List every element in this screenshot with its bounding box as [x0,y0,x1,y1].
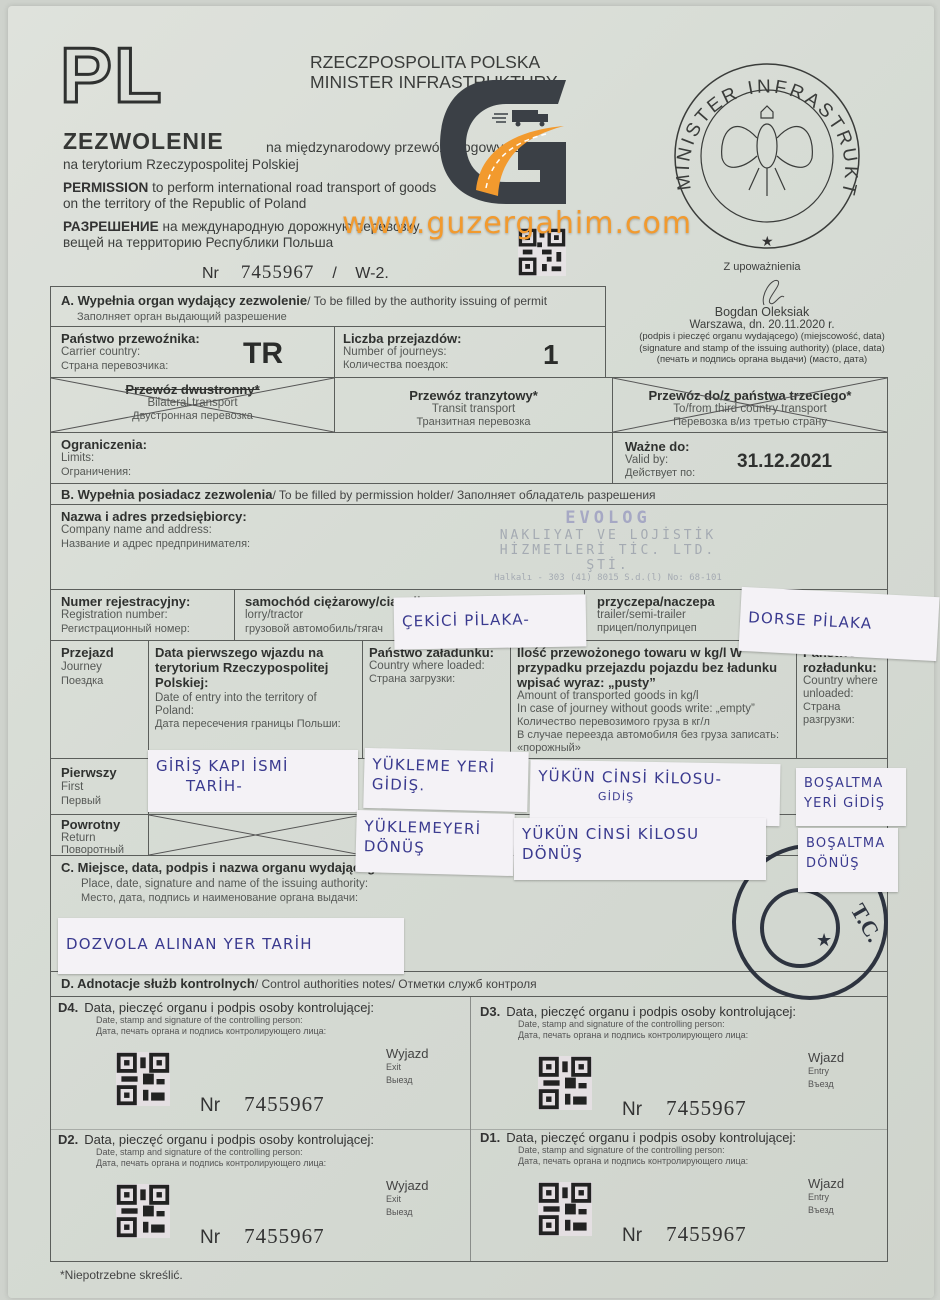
control-box-number: Nr7455967 [200,1224,325,1249]
permit-number: 7455967 [666,1222,747,1246]
direction-en: Exit [386,1061,429,1074]
col-goods-label: Ilość przewożonego towaru w kg/l W przyp… [517,645,790,690]
control-box-title-pl: Data, pieczęć organu i podpis osoby kont… [506,1130,796,1145]
transit-label: Przewóz tranzytowy* [335,388,612,403]
control-box-title: D4.Data, pieczęć organu i podpis osoby k… [58,1000,462,1015]
permit-number: 7455967 [244,1092,325,1116]
section-c-en: Place, date, signature and name of the i… [81,878,368,891]
qr-code-icon [538,1182,592,1236]
col-entry-date-en: Date of entry into the territory of Pola… [155,692,356,718]
control-box-id: D2. [58,1132,78,1147]
note-entry-gate-date: GİRİŞ KAPI İSMİ TARİH- [148,750,358,812]
caption-en: (signature and stamp of the issuing auth… [612,343,912,355]
control-box-ru: Дата, печать органа и подпись контролиру… [518,1156,884,1167]
direction-label: WjazdEntryВъезд [808,1176,844,1217]
nr-label: Nr [622,1099,642,1120]
direction-label: WyjazdExitВыезд [386,1178,429,1219]
row-first-label: Pierwszy First Первый [51,759,149,815]
registration-label-cell: Numer rejestracyjny: Registration number… [51,590,235,640]
col-journey-label: Przejazd [61,645,114,660]
qr-code-icon [116,1184,170,1238]
country-code: PL [60,36,164,114]
carrier-country-label: Państwo przewoźnika: [61,331,200,346]
watermark-url: www.guzergahim.com [342,206,692,241]
col-goods-en2: In case of journey without goods write: … [517,703,790,716]
journeys-label: Liczba przejazdów: [343,331,461,346]
col-journey: Przejazd Journey Поездка [51,641,149,759]
stamp-line-4: Halkalı - 303 (41) 8015 S.d.(l) No: 68-1… [478,573,738,583]
control-box-number: Nr7455967 [200,1092,325,1117]
control-box-en: Date, stamp and signature of the control… [518,1019,884,1030]
col-loaded-en: Country where loaded: [369,660,504,673]
nr-label: Nr [200,1227,220,1248]
control-box-ru: Дата, печать органа и подпись контролиру… [96,1158,462,1169]
transit-en: Transit transport [335,403,612,416]
direction-pl: Wjazd [808,1176,844,1191]
stamp-line-3: HİZMETLERİ TİC. LTD. ŞTİ. [478,543,738,573]
control-box-number: Nr7455967 [622,1222,747,1247]
control-box-title: D3.Data, pieczęć organu i podpis osoby k… [480,1004,884,1019]
note-unload-back-1: BOŞALTMA [806,834,890,854]
section-d-title: D. Adnotacje służb kontrolnych [61,976,255,991]
stamp-evolog: EVOLOG [478,508,738,528]
caption-pl: (podpis i pieczęć organu wydającego) (mi… [612,331,912,343]
note-cargo-return: YÜKÜN CİNSİ KİLOSU DÖNÜŞ [514,818,766,880]
minister-seal-icon: MINISTER INFRASTRUKTURY ★ [664,58,870,254]
note-unload-back-2: DÖNÜŞ [806,854,890,874]
trailer-label: przyczepa/naczepa [597,594,715,609]
row-first-en: First [61,781,83,794]
row-return-pl: Powrotny [61,817,120,832]
limits-valid-row: Ograniczenia: Limits: Ограничения: Ważne… [50,432,888,484]
svg-text:★: ★ [761,233,774,249]
control-box-d3: D3.Data, pieczęć organu i podpis osoby k… [480,1004,884,1128]
journeys-value: 1 [543,339,559,371]
control-box-d4: D4.Data, pieczęć organu i podpis osoby k… [58,1000,462,1124]
place-date: Warszawa, dn. 20.11.2020 r. [612,319,912,331]
third-country-transport-cell: Przewóz do/z państwa trzeciego* To/from … [613,378,887,432]
valid-ru: Действует по: [625,467,695,480]
caption-ru: (печать и подпись органа выдачи) (масто,… [612,354,912,366]
return-entry-date-crossed [149,815,363,855]
guzergahim-logo-icon [436,70,576,210]
note-cargo-outbound: YÜKÜN CİNSİ KİLOSU- GİDİŞ [529,760,780,826]
registration-en: Registration number: [61,609,168,622]
carrier-country-cell: Państwo przewoźnika: Carrier country: Ст… [51,327,335,377]
row-first-ru: Первый [61,795,101,808]
direction-label: WjazdEntryВъезд [808,1050,844,1091]
transit-ru: Транзитная перевозка [335,416,612,429]
permit-number: 7455967 [244,1224,325,1248]
direction-ru: Въезд [808,1204,844,1217]
col-entry-date-label: Data pierwszego wjazdu na terytorium Rze… [155,645,356,690]
carrier-country-ru: Страна перевозчика: [61,360,168,373]
company-stamp: EVOLOG NAKLIYAT VE LOJİSTİK HİZMETLERİ T… [478,508,738,583]
control-box-id: D1. [480,1130,500,1145]
header-en-rest: to perform international road transport … [152,180,436,195]
note-entry-gate: GİRİŞ KAPI İSMİ [156,756,350,776]
note-unload-return: BOŞALTMA DÖNÜŞ [798,828,898,892]
control-box-title: D1.Data, pieczęć organu i podpis osoby k… [480,1130,884,1145]
section-b-title: B. Wypełnia posiadacz zezwolenia [61,487,272,502]
transport-type-row: Przewóz dwustronny* Bilateral transport … [50,377,888,433]
permit-number: 7455967 [666,1096,747,1120]
col-goods-ru2: В случае переезда автомобиля без груза з… [517,729,790,755]
lorry-en: lorry/tractor [245,609,303,622]
valid-label: Ważne do: [625,439,695,454]
direction-pl: Wjazd [808,1050,844,1065]
header-en-bold: PERMISSION [63,180,148,195]
section-a-title: A. Wypełnia organ wydający zezwolenie [61,293,307,308]
direction-en: Entry [808,1191,844,1204]
footnote: *Niepotrzebne skreślić. [60,1268,183,1282]
limits-en: Limits: [61,452,94,465]
direction-ru: Выезд [386,1074,429,1087]
direction-ru: Выезд [386,1206,429,1219]
limits-label: Ograniczenia: [61,437,147,452]
permit-series: W-2. [355,265,388,282]
company-row: Nazwa i adres przedsiębiorcy: Company na… [50,504,888,590]
carrier-country-value: TR [243,337,283,371]
limits-ru: Ограничения: [61,466,131,479]
control-box-en: Date, stamp and signature of the control… [96,1015,462,1026]
company-ru: Название и адрес предпринимателя: [61,538,250,551]
header-en-line: PERMISSION to perform international road… [63,180,436,196]
svg-text:MINISTER INFRASTRUKTURY: MINISTER INFRASTRUKTURY [664,58,861,200]
note-loading-return: YÜKLEMEYERİ DÖNÜŞ [355,810,515,876]
section-a-title-en: / To be filled by the authority issuing … [307,294,547,308]
header-ru-line2: вещей на территорию Республики Польша [63,235,333,251]
control-box-title-pl: Data, pieczęć organu i podpis osoby kont… [506,1004,796,1019]
col-unloaded-ru: Страна разгрузки: [803,701,881,727]
header-en-line2: on the territory of the Republic of Pola… [63,196,306,212]
control-box-en: Date, stamp and signature of the control… [518,1145,884,1156]
note-unload-out-1: BOŞALTMA [804,774,898,794]
nr-label: Nr [622,1225,642,1246]
col-goods-ru1: Количество перевозимого груза в кг/л [517,716,790,729]
col-goods: Ilość przewożonego towaru w kg/l W przyp… [511,641,797,759]
note-loading-outbound: YÜKLEME YERİ GİDİŞ. [363,748,529,812]
col-journey-ru: Поездка [61,675,103,688]
control-box-title-pl: Data, pieczęć organu i podpis osoby kont… [84,1000,374,1015]
control-box-ru: Дата, печать органа и подпись контролиру… [96,1026,462,1037]
note-entry-date: TARİH- [186,776,350,796]
col-goods-en1: Amount of transported goods in kg/l [517,690,790,703]
direction-en: Entry [808,1065,844,1078]
svg-text:★: ★ [816,930,832,950]
z-upowaznienia: Z upoważnienia [612,261,912,273]
section-a-title-ru: Заполняет орган выдающий разрешение [77,311,287,324]
col-entry-date: Data pierwszego wjazdu na terytorium Rze… [149,641,363,759]
section-c-ru: Место, дата, подпись и наименование орга… [81,892,358,905]
control-box-d1: D1.Data, pieczęć organu i podpis osoby k… [480,1130,884,1254]
permit-number: 7455967 [241,262,315,283]
col-entry-date-ru: Дата пересечения границы Польши: [155,718,356,731]
nr-slash: / [332,265,336,282]
journeys-en: Number of journeys: [343,346,461,359]
transit-transport-cell: Przewóz tranzytowy* Transit transport Тр… [335,378,613,432]
note-cargo-out-1: YÜKÜN CİNSİ KİLOSU- [538,766,772,790]
limits-cell: Ograniczenia: Limits: Ограничения: [51,433,613,483]
direction-pl: Wyjazd [386,1046,429,1061]
registration-label: Numer rejestracyjny: [61,594,190,609]
journeys-ru: Количества поездок: [343,359,461,372]
control-box-title-pl: Data, pieczęć organu i podpis osoby kont… [84,1132,374,1147]
note-cargo-back-2: DÖNÜŞ [522,844,758,864]
trailer-ru: прицеп/полуприцеп [597,622,715,635]
nr-label: Nr [200,1095,220,1116]
header-ru-bold: РАЗРЕШЕНИЕ [63,219,159,234]
note-cargo-back-1: YÜKÜN CİNSİ KİLOSU [522,824,758,844]
col-unloaded-en: Country where unloaded: [803,675,881,701]
valid-until-value: 31.12.2021 [737,451,832,473]
qr-code-icon [116,1052,170,1106]
control-box-id: D3. [480,1004,500,1019]
note-loading-out-2: GİDİŞ. [372,774,520,798]
company-label: Nazwa i adres przedsiębiorcy: [61,509,247,524]
issuing-authority: Z upoważnienia Bogdan Oleksiak Warszawa,… [612,261,912,366]
qr-code-icon [538,1056,592,1110]
section-d-title-rest: / Control authorities notes/ Отметки слу… [255,977,537,991]
section-b-header: B. Wypełnia posiadacz zezwolenia/ To be … [50,483,888,505]
control-box-ru: Дата, печать органа и подпись контролиру… [518,1030,884,1041]
permit-document: PL RZECZPOSPOLITA POLSKA MINISTER INFRAS… [8,6,934,1298]
control-box-id: D4. [58,1000,78,1015]
col-loaded: Państwo załadunku: Country where loaded:… [363,641,511,759]
note-trailer-plate: DORSE PİLAKA [738,587,939,661]
col-unloaded: Państwo rozładunku: Country where unload… [797,641,887,759]
carrier-country-en: Carrier country: [61,346,140,359]
direction-label: WyjazdExitВыезд [386,1046,429,1087]
control-box-title: D2.Data, pieczęć organu i podpis osoby k… [58,1132,462,1147]
note-issue-place-date: DOZVOLA ALINAN YER TARİH [58,918,404,974]
col-loaded-ru: Страна загрузки: [369,673,504,686]
note-unload-outbound: BOŞALTMA YERİ GİDİŞ [796,768,906,826]
nr-label: Nr [202,265,219,282]
direction-pl: Wyjazd [386,1178,429,1193]
control-box-en: Date, stamp and signature of the control… [96,1147,462,1158]
note-lorry-plate: ÇEKİCİ PİLAKA- [394,594,587,649]
control-box-number: Nr7455967 [622,1096,747,1121]
document-title: ZEZWOLENIE [63,128,224,155]
control-box-d2: D2.Data, pieczęć organu i podpis osoby k… [58,1132,462,1256]
trailer-en: trailer/semi-trailer [597,609,715,622]
carrier-row: Państwo przewoźnika: Carrier country: Ст… [50,326,606,378]
note-loading-back-2: DÖNÜŞ [364,836,506,860]
header-pl-line2: na terytorium Rzeczypospolitej Polskiej [63,157,299,173]
section-b-title-rest: / To be filled by permission holder/ Зап… [272,488,655,502]
issuer-line-1: RZECZPOSPOLITA POLSKA [310,52,558,72]
row-first-pl: Pierwszy [61,765,117,780]
stamp-line-2: NAKLIYAT VE LOJİSTİK [478,528,738,543]
permit-number-line: Nr7455967/ W-2. [202,262,389,284]
note-unload-out-2: YERİ GİDİŞ [804,794,898,814]
company-en: Company name and address: [61,524,212,537]
bilateral-transport-cell: Przewóz dwustronny* Bilateral transport … [51,378,335,432]
svg-text:T.C.: T.C. [846,899,888,946]
direction-ru: Въезд [808,1078,844,1091]
section-c-title: C. Miejsce, data, podpis i nazwa organu … [61,860,388,875]
registration-ru: Регистрационный номер: [61,623,190,636]
col-journey-en: Journey [61,661,102,674]
row-return-label: Powrotny Return Поворотный [51,815,149,855]
lorry-ru: грузовой автомобиль/тягач [245,623,383,636]
valid-en: Valid by: [625,454,695,467]
note-cargo-out-2: GİDİŞ [598,787,772,810]
signature-icon [752,275,792,309]
direction-en: Exit [386,1193,429,1206]
